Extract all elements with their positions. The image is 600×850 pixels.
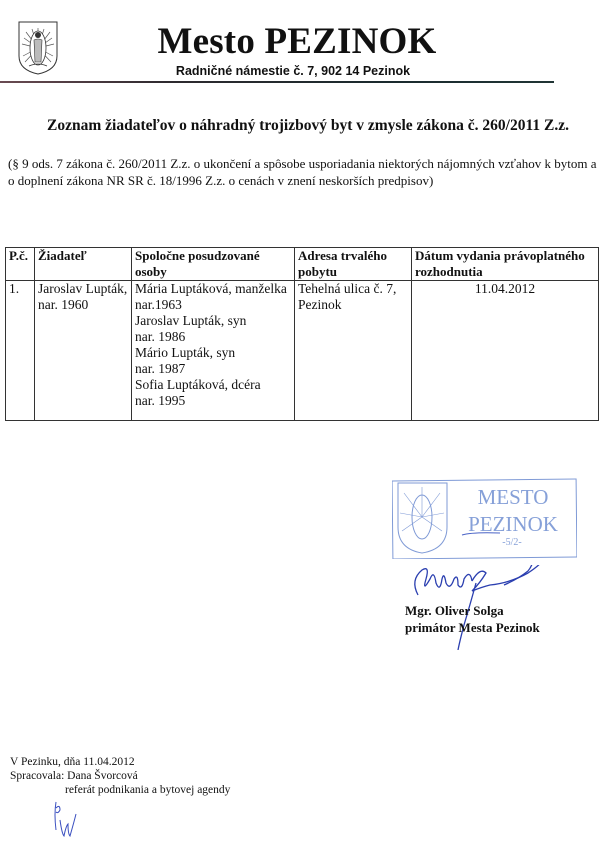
header-divider: [0, 81, 554, 83]
person-line: nar.1963: [135, 297, 291, 313]
cell-number: 1.: [6, 281, 35, 421]
cell-applicant: Jaroslav Lupták, nar. 1960: [35, 281, 132, 421]
column-header-address: Adresa trvalého pobytu: [295, 248, 412, 281]
processed-by: Spracovala: Dana Švorcová: [10, 770, 138, 783]
document-subtitle: (§ 9 ods. 7 zákona č. 260/2011 Z.z. o uk…: [8, 155, 598, 189]
applicant-birth: nar. 1960: [38, 297, 128, 313]
column-header-number: P.č.: [6, 248, 35, 281]
stamp-line1: MESTO: [478, 485, 549, 509]
applicant-name: Jaroslav Lupták,: [38, 281, 128, 297]
stamp-number: -5/2-: [502, 537, 521, 548]
official-stamp: MESTO PEZINOK -5/2-: [392, 477, 577, 559]
address-line: Tehelná ulica č. 7,: [298, 281, 408, 297]
address-line: Pezinok: [298, 297, 408, 313]
column-header-applicant: Žiadateľ: [35, 248, 132, 281]
stamp-line2: PEZINOK: [468, 512, 558, 536]
cell-address: Tehelná ulica č. 7, Pezinok: [295, 281, 412, 421]
column-header-decision-date: Dátum vydania právoplatného rozhodnutia: [412, 248, 599, 281]
cell-co-assessed: Mária Luptáková, manželka nar.1963 Jaros…: [132, 281, 295, 421]
place-and-date: V Pezinku, dňa 11.04.2012: [10, 756, 135, 769]
organization-name: Mesto PEZINOK: [0, 20, 600, 63]
table-row: 1. Jaroslav Lupták, nar. 1960 Mária Lupt…: [6, 281, 599, 421]
person-line: nar. 1995: [135, 393, 291, 409]
signer-role: primátor Mesta Pezinok: [405, 620, 540, 636]
person-line: Sofia Luptáková, dcéra: [135, 377, 291, 393]
organization-address: Radničné námestie č. 7, 902 14 Pezinok: [0, 64, 600, 78]
department: referát podnikania a bytovej agendy: [65, 784, 230, 797]
cell-decision-date: 11.04.2012: [412, 281, 599, 421]
person-line: nar. 1987: [135, 361, 291, 377]
signer-name: Mgr. Oliver Solga: [405, 603, 504, 619]
person-line: nar. 1986: [135, 329, 291, 345]
person-line: Mária Luptáková, manželka: [135, 281, 291, 297]
person-line: Mário Lupták, syn: [135, 345, 291, 361]
applicants-table: P.č. Žiadateľ Spoločne posudzované osoby…: [5, 247, 599, 421]
table-header-row: P.č. Žiadateľ Spoločne posudzované osoby…: [6, 248, 599, 281]
person-line: Jaroslav Lupták, syn: [135, 313, 291, 329]
document-title: Zoznam žiadateľov o náhradný trojizbový …: [0, 117, 600, 135]
column-header-co-assessed: Spoločne posudzované osoby: [132, 248, 295, 281]
initials-signature: [50, 800, 78, 840]
